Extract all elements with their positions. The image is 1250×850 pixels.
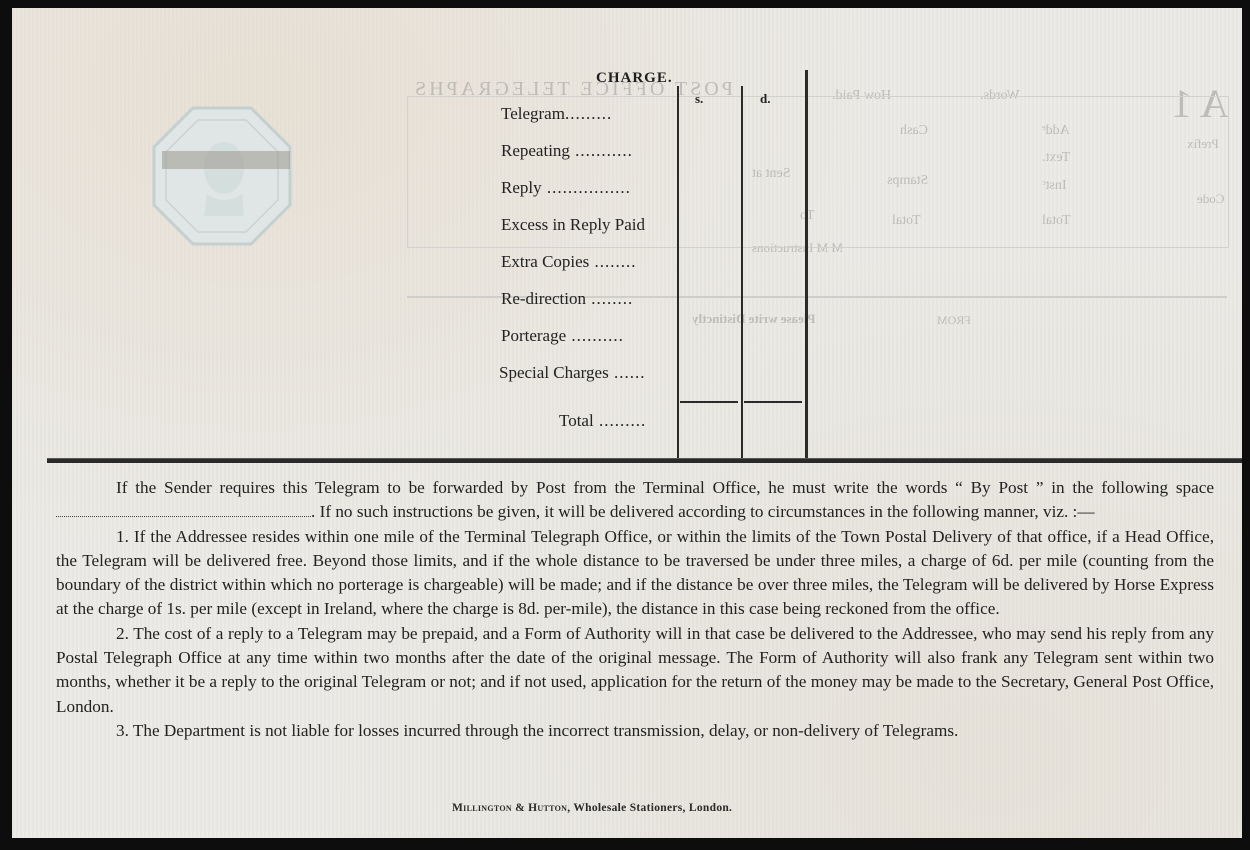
column-divider-right [805,70,808,460]
total-underline-d [744,401,802,403]
charge-row-total: Total ......... [559,411,646,431]
charge-row-excess: Excess in Reply Paid [501,215,645,235]
charge-title: CHARGE. [596,70,673,87]
section-divider [47,458,1242,463]
charge-row-redirection: Re-direction ........ [501,289,633,309]
charge-row-extra-copies: Extra Copies ........ [501,252,637,272]
ghost-please: Please write Distinctly [692,311,815,327]
charge-row-repeating: Repeating ........... [501,141,633,161]
printer-imprint: Millington & Hutton, Wholesale Stationer… [452,802,732,814]
notice-paragraph-1: 1. If the Addressee resides within one m… [56,525,1214,622]
charge-row-porterage: Porterage .......... [501,326,624,346]
ghost-from: FROM [937,313,971,328]
notice-paragraph-3: 3. The Department is not liable for loss… [56,719,1214,743]
notice-paragraph-2: 2. The cost of a reply to a Telegram may… [56,622,1214,719]
charge-row-reply: Reply ................ [501,178,631,198]
delivery-notice: If the Sender requires this Telegram to … [56,476,1214,743]
telegram-form-paper: POST OFFICE TELEGRAPHS How Paid. Words. … [12,8,1242,838]
total-underline-s [680,401,738,403]
charge-row-telegram: Telegram......... [501,104,612,124]
column-shillings: s. [695,91,703,107]
notice-intro: If the Sender requires this Telegram to … [56,476,1214,525]
embossed-stamp-icon [152,106,292,246]
by-post-blank-field[interactable] [56,502,311,517]
column-divider-left [677,86,679,458]
column-pence: d. [760,91,770,107]
column-divider-middle [741,86,743,458]
charge-row-special: Special Charges ...... [499,363,645,383]
